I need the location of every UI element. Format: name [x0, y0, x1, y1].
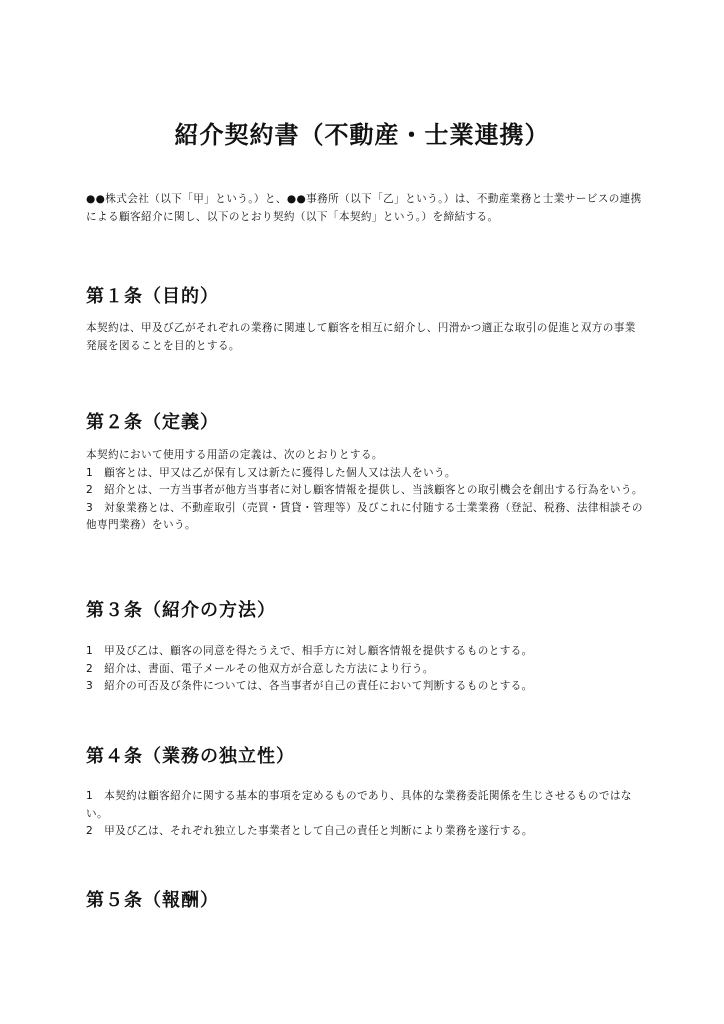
- article-1-heading: 第１条（目的）: [86, 284, 219, 310]
- document-page: 紹介契約書（不動産・士業連携） ●●株式会社（以下「甲」という。）と、●●事務所…: [0, 0, 724, 1024]
- article-3-item-3: 3 紹介の可否及び条件については、各当事者が自己の責任において判断するものとする…: [86, 678, 646, 696]
- article-5-heading: 第５条（報酬）: [86, 888, 219, 914]
- article-4-item-1: 1 本契約は顧客紹介に関する基本的事項を定めるものであり、具体的な業務委託関係を…: [86, 788, 646, 823]
- article-2-item-1: 1 顧客とは、甲又は乙が保有し又は新たに獲得した個人又は法人をいう。: [86, 465, 646, 483]
- preamble-paragraph: ●●株式会社（以下「甲」という。）と、●●事務所（以下「乙」という。）は、不動産…: [86, 190, 646, 226]
- article-2-item-3: 3 対象業務とは、不動産取引（売買・賃貸・管理等）及びこれに付随する士業業務（登…: [86, 500, 646, 535]
- article-4-heading: 第４条（業務の独立性）: [86, 744, 295, 770]
- article-3-body: 1 甲及び乙は、顧客の同意を得たうえで、相手方に対し顧客情報を提供するものとする…: [86, 643, 646, 696]
- article-4-item-2: 2 甲及び乙は、それぞれ独立した事業者として自己の責任と判断により業務を遂行する…: [86, 823, 646, 841]
- article-2-heading: 第２条（定義）: [86, 410, 219, 436]
- article-3-item-1: 1 甲及び乙は、顧客の同意を得たうえで、相手方に対し顧客情報を提供するものとする…: [86, 643, 646, 661]
- article-1-body: 本契約は、甲及び乙がそれぞれの業務に関連して顧客を相互に紹介し、円滑かつ適正な取…: [86, 320, 646, 355]
- document-title: 紹介契約書（不動産・士業連携）: [0, 118, 724, 152]
- article-2-intro: 本契約において使用する用語の定義は、次のとおりとする。: [86, 447, 646, 465]
- article-1-paragraph-1: 本契約は、甲及び乙がそれぞれの業務に関連して顧客を相互に紹介し、円滑かつ適正な取…: [86, 320, 646, 355]
- article-4-body: 1 本契約は顧客紹介に関する基本的事項を定めるものであり、具体的な業務委託関係を…: [86, 788, 646, 841]
- article-3-item-2: 2 紹介は、書面、電子メールその他双方が合意した方法により行う。: [86, 661, 646, 679]
- article-3-heading: 第３条（紹介の方法）: [86, 598, 276, 624]
- article-2-item-2: 2 紹介とは、一方当事者が他方当事者に対し顧客情報を提供し、当該顧客との取引機会…: [86, 482, 646, 500]
- article-2-body: 本契約において使用する用語の定義は、次のとおりとする。 1 顧客とは、甲又は乙が…: [86, 447, 646, 535]
